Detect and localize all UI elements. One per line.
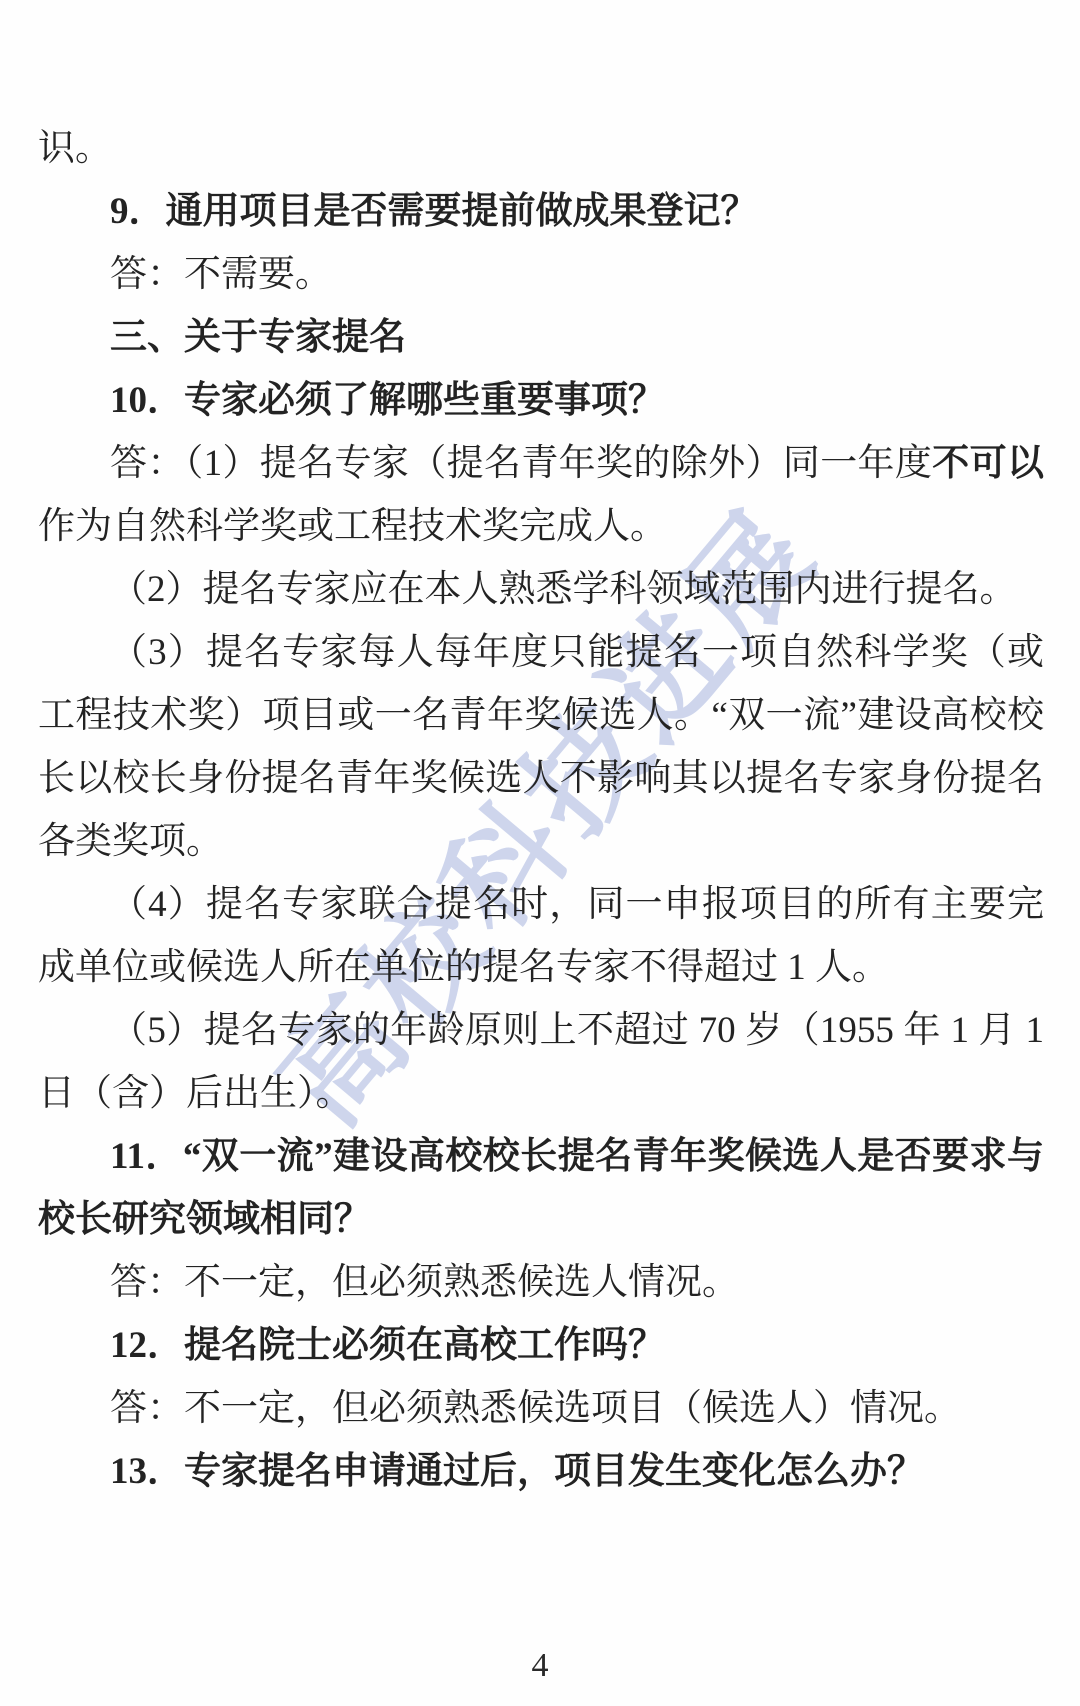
answer-10-item-1: 答：（1）提名专家（提名青年奖的除外）同一年度不可以作为自然科学奖或工程技术奖完… — [38, 432, 1044, 558]
page-number: 4 — [532, 1647, 549, 1684]
answer-12: 答：不一定，但必须熟悉候选项目（候选人）情况。 — [38, 1377, 1044, 1440]
answer-9: 答：不需要。 — [38, 243, 1044, 306]
section-3-heading: 三、关于专家提名 — [38, 306, 1044, 369]
page-footer: 4 — [0, 1646, 1080, 1686]
question-12-heading: 12．提名院士必须在高校工作吗？ — [38, 1314, 1044, 1377]
answer-10-item-1-text-post: 作为自然科学奖或工程技术奖完成人。 — [38, 506, 667, 547]
question-13-heading: 13．专家提名申请通过后，项目发生变化怎么办？ — [38, 1440, 1044, 1503]
answer-10-item-5: （5）提名专家的年龄原则上不超过 70 岁（1955 年 1 月 1 日（含）后… — [38, 999, 1044, 1125]
question-9-heading: 9．通用项目是否需要提前做成果登记？ — [38, 180, 1044, 243]
answer-10-item-3: （3）提名专家每人每年度只能提名一项自然科学奖（或工程技术奖）项目或一名青年奖候… — [38, 621, 1044, 873]
answer-10-item-1-emphasis: 不可以 — [932, 443, 1044, 484]
paragraph-continuation: 识。 — [38, 117, 1044, 180]
answer-10-item-1-text-pre: 答：（1）提名专家（提名青年奖的除外）同一年度 — [110, 443, 932, 484]
document-page: 高校科技进展 识。 9．通用项目是否需要提前做成果登记？ 答：不需要。 三、关于… — [0, 0, 1080, 1706]
question-11-heading: 11．“双一流”建设高校校长提名青年奖候选人是否要求与校长研究领域相同？ — [38, 1125, 1044, 1251]
document-content: 识。 9．通用项目是否需要提前做成果登记？ 答：不需要。 三、关于专家提名 10… — [38, 117, 1044, 1503]
answer-10-item-2: （2）提名专家应在本人熟悉学科领域范围内进行提名。 — [38, 558, 1044, 621]
question-10-heading: 10．专家必须了解哪些重要事项？ — [38, 369, 1044, 432]
answer-11: 答：不一定，但必须熟悉候选人情况。 — [38, 1251, 1044, 1314]
answer-10-item-4: （4）提名专家联合提名时，同一申报项目的所有主要完成单位或候选人所在单位的提名专… — [38, 873, 1044, 999]
